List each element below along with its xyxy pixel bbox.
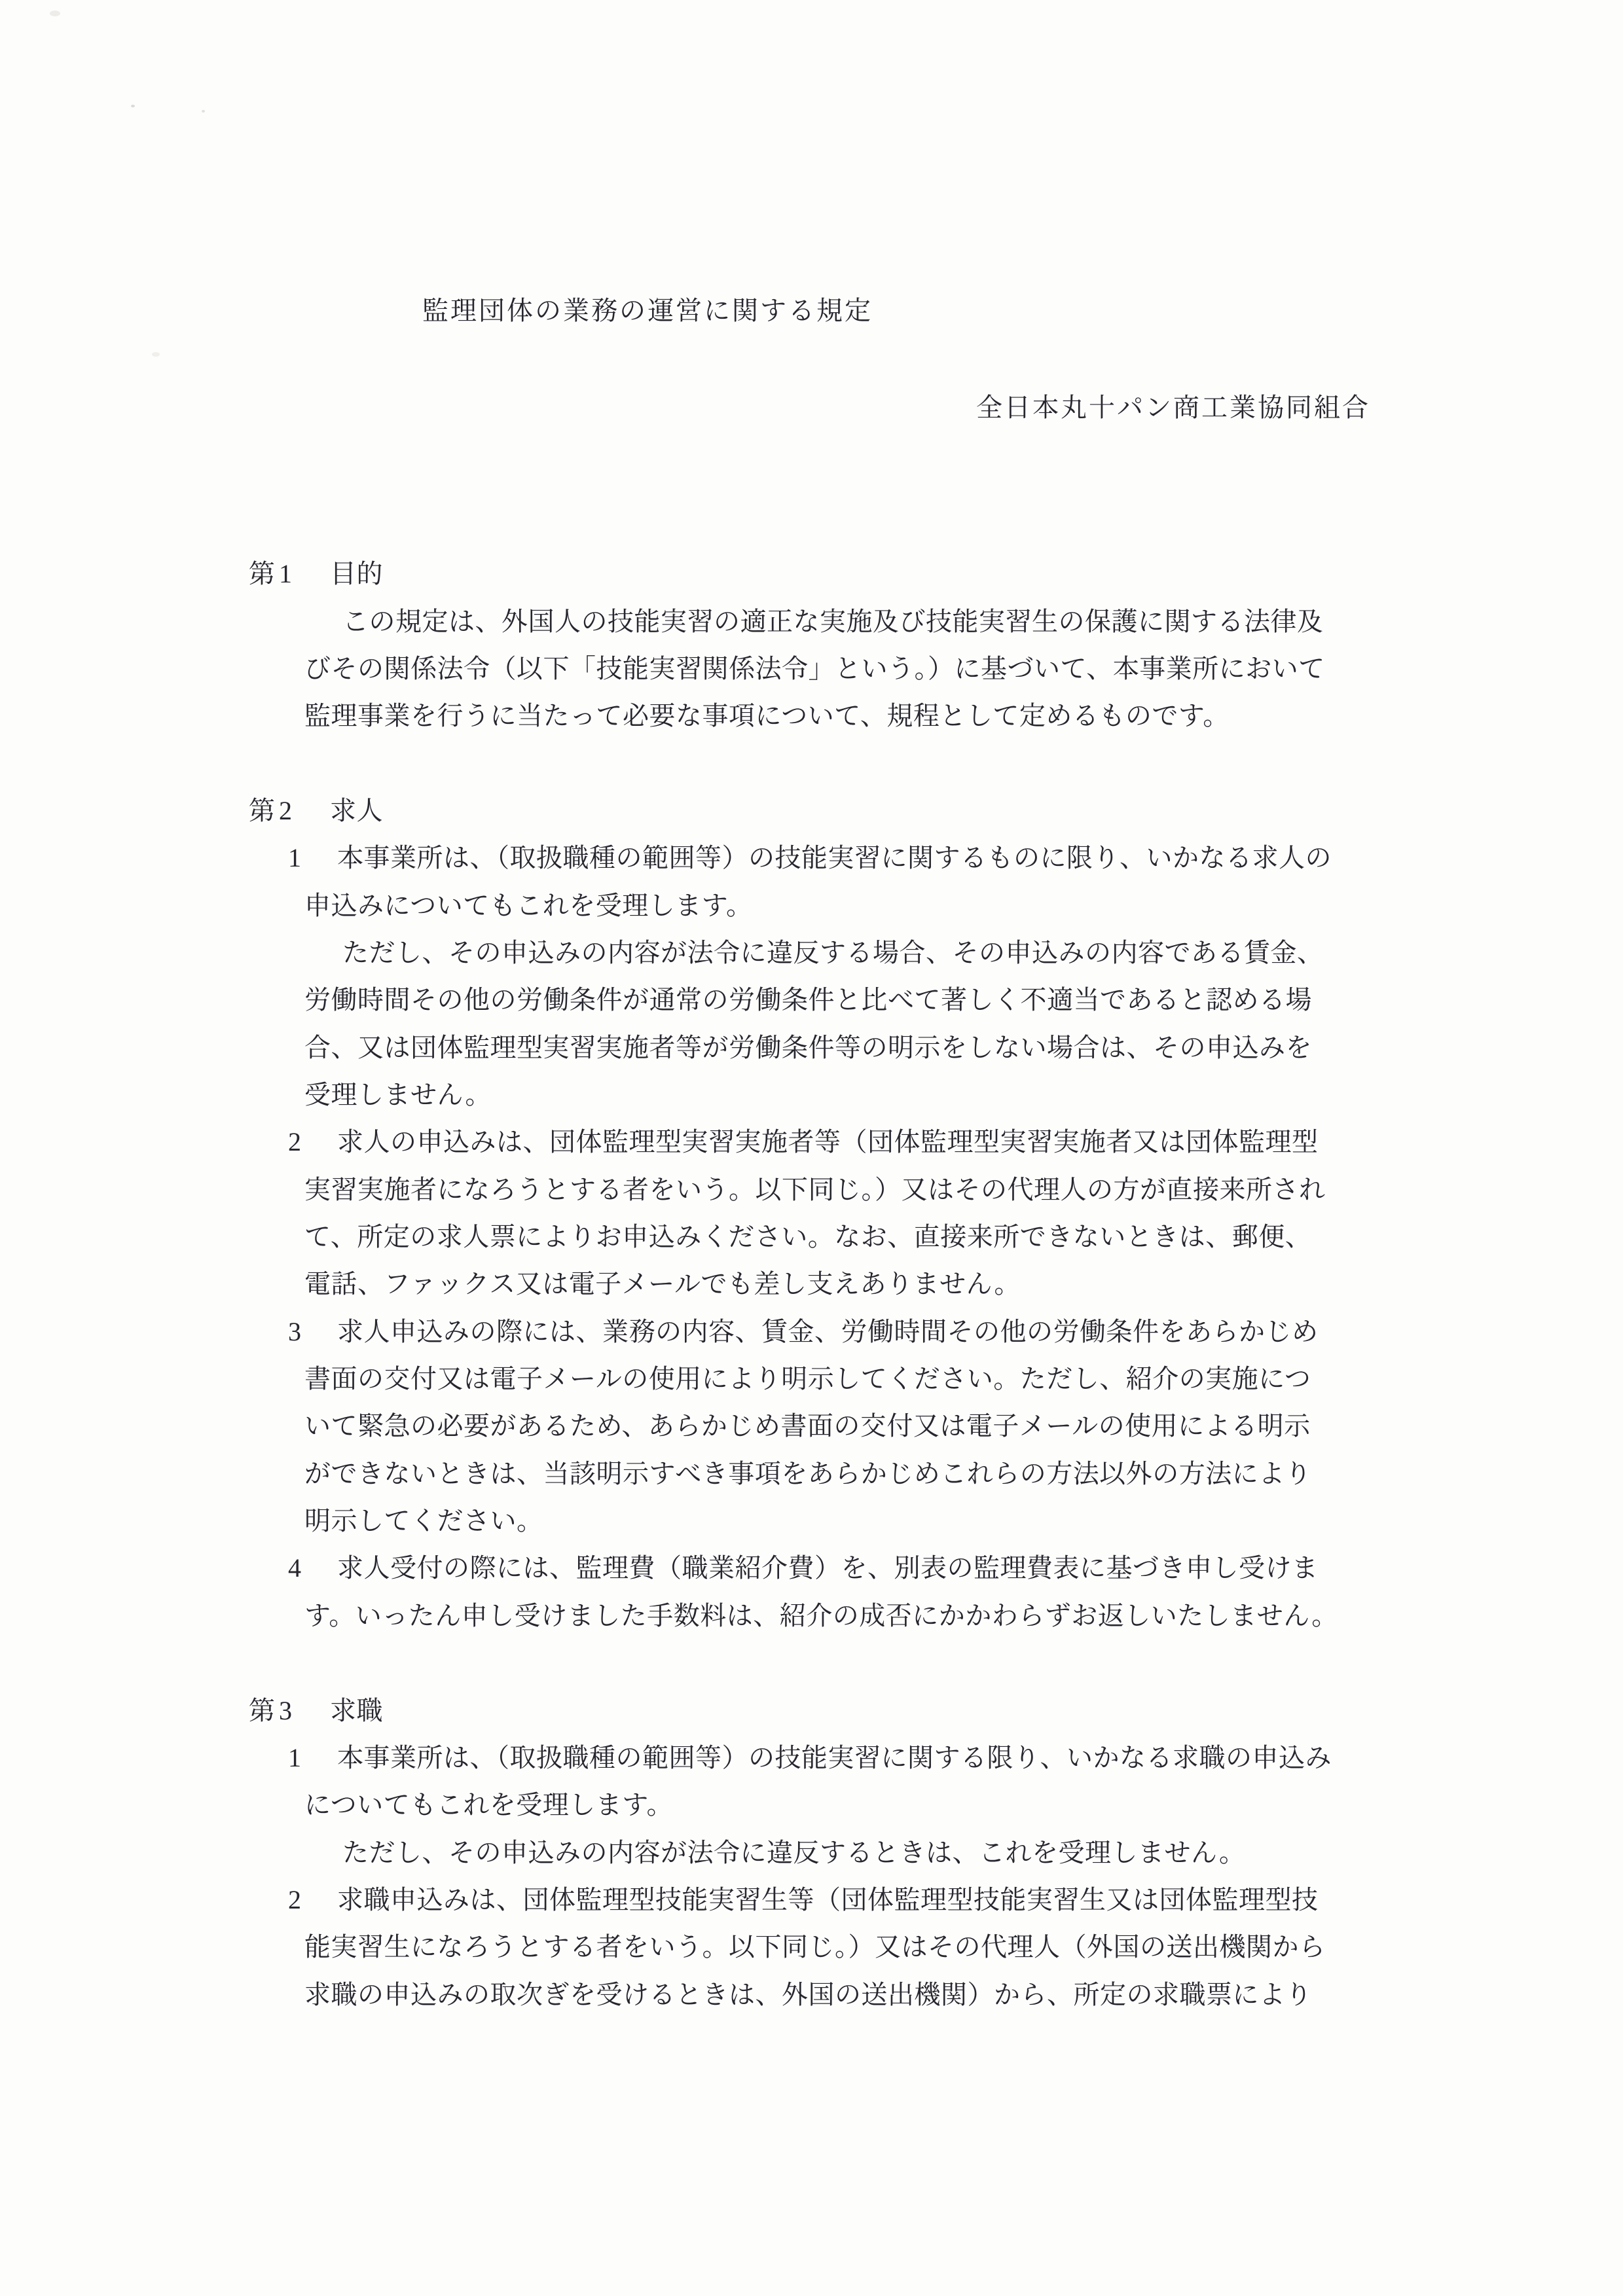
body-line: 書面の交付又は電子メールの使用により明示してください。ただし、紹介の実施につ — [304, 1363, 1311, 1395]
clause-text: 求職申込みは、団体監理型技能実習生等（団体監理型技能実習生又は団体監理型技 — [337, 1885, 1319, 1914]
section-label: 目的 — [330, 559, 383, 588]
scan-artifact — [152, 352, 160, 357]
body-line: 監理事業を行うに当たって必要な事項について、規程として定めるものです。 — [304, 700, 1230, 732]
body-line: ただし、その申込みの内容が法令に違反するときは、これを受理しません。 — [342, 1837, 1245, 1869]
clause-line: 3求人申込みの際には、業務の内容、賃金、労働時間その他の労働条件をあらかじめ — [288, 1316, 1319, 1348]
body-line: 電話、ファックス又は電子メールでも差し支えありません。 — [304, 1268, 1021, 1300]
scan-artifact — [202, 110, 205, 113]
section-number: 第3 — [249, 1695, 330, 1727]
body-line: 労働時間その他の労働条件が通常の労働条件と比べて著しく不適当であると認める場 — [304, 984, 1312, 1016]
section-number: 第2 — [249, 795, 330, 827]
clause-text: 本事業所は、（取扱職種の範囲等）の技能実習に関する限り、いかなる求職の申込み — [337, 1743, 1332, 1772]
section-heading-3: 第3求職 — [249, 1695, 383, 1727]
section-number: 第1 — [249, 558, 330, 590]
section-label: 求人 — [330, 796, 383, 825]
body-line: ただし、その申込みの内容が法令に違反する場合、その申込みの内容である賃金、 — [342, 937, 1324, 969]
body-line: 合、又は団体監理型実習実施者等が労働条件等の明示をしない場合は、その申込みを — [304, 1031, 1312, 1064]
clause-line: 1本事業所は、（取扱職種の範囲等）の技能実習に関するものに限り、いかなる求人の — [288, 842, 1332, 874]
body-line: 受理しません。 — [304, 1079, 492, 1111]
clause-line: 2求人の申込みは、団体監理型実習実施者等（団体監理型実習実施者又は団体監理型 — [288, 1126, 1319, 1158]
body-line: 能実習生になろうとする者をいう。以下同じ。）又はその代理人（外国の送出機関から — [304, 1931, 1326, 1964]
scan-artifact — [50, 10, 60, 16]
body-line: 申込みについてもこれを受理します。 — [304, 889, 753, 922]
clause-number: 4 — [288, 1552, 337, 1585]
section-heading-2: 第2求人 — [249, 795, 383, 827]
body-line: びその関係法令（以下「技能実習関係法令」という。）に基づいて、本事業所において — [304, 653, 1325, 685]
body-line: いて緊急の必要があるため、あらかじめ書面の交付又は電子メールの使用による明示 — [304, 1410, 1311, 1443]
document-title: 監理団体の業務の運営に関する規定 — [422, 295, 873, 327]
clause-line: 4求人受付の際には、監理費（職業紹介費）を、別表の監理費表に基づき申し受けま — [288, 1552, 1319, 1585]
clause-text: 求人申込みの際には、業務の内容、賃金、労働時間その他の労働条件をあらかじめ — [337, 1317, 1319, 1346]
body-line: す。いったん申し受けました手数料は、紹介の成否にかかわらずお返しいたしません。 — [304, 1600, 1338, 1632]
scan-artifact — [131, 105, 135, 107]
clause-number: 3 — [288, 1316, 337, 1348]
clause-number: 2 — [288, 1884, 337, 1916]
clause-number: 1 — [288, 842, 337, 874]
body-line: についてもこれを受理します。 — [304, 1789, 673, 1821]
body-line: て、所定の求人票によりお申込みください。なお、直接来所できないときは、郵便、 — [304, 1221, 1311, 1253]
clause-line: 1本事業所は、（取扱職種の範囲等）の技能実習に関する限り、いかなる求職の申込み — [288, 1742, 1332, 1774]
organization-name: 全日本丸十パン商工業協同組合 — [976, 391, 1370, 424]
clause-number: 1 — [288, 1742, 337, 1774]
clause-number: 2 — [288, 1126, 337, 1158]
clause-line: 2求職申込みは、団体監理型技能実習生等（団体監理型技能実習生又は団体監理型技 — [288, 1884, 1319, 1916]
section-label: 求職 — [330, 1696, 383, 1725]
body-line: 明示してください。 — [304, 1505, 543, 1537]
scanned-document-page: 監理団体の業務の運営に関する規定 全日本丸十パン商工業協同組合 第1目的 この規… — [0, 0, 1623, 2296]
body-line: 実習実施者になろうとする者をいう。以下同じ。）又はその代理人の方が直接来所され — [304, 1174, 1326, 1206]
section-heading-1: 第1目的 — [249, 558, 383, 590]
body-line: この規定は、外国人の技能実習の適正な実施及び技能実習生の保護に関する法律及 — [342, 605, 1324, 638]
body-line: ができないときは、当該明示すべき事項をあらかじめこれらの方法以外の方法により — [304, 1458, 1311, 1490]
clause-text: 求人受付の際には、監理費（職業紹介費）を、別表の監理費表に基づき申し受けま — [337, 1553, 1319, 1583]
body-line: 求職の申込みの取次ぎを受けるときは、外国の送出機関）から、所定の求職票により — [304, 1979, 1312, 2011]
clause-text: 本事業所は、（取扱職種の範囲等）の技能実習に関するものに限り、いかなる求人の — [337, 843, 1332, 872]
clause-text: 求人の申込みは、団体監理型実習実施者等（団体監理型実習実施者又は団体監理型 — [337, 1127, 1319, 1157]
